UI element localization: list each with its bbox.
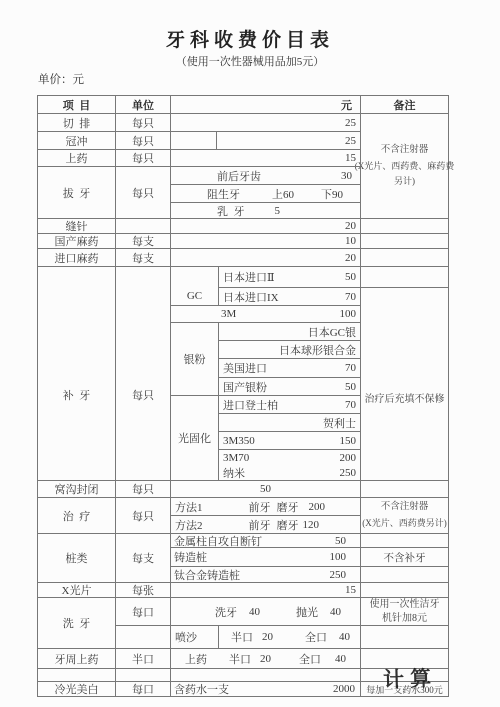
price: 50 [335, 535, 360, 547]
cell-buya-unit: 每只 [116, 267, 171, 481]
row-baya-qianhou: 前后牙齿 30 [171, 167, 361, 185]
cell-wogoufengbi-item: 窝沟封闭 [38, 481, 116, 498]
empty-unit-cell [116, 626, 171, 649]
empty-remark-cell [361, 267, 449, 288]
header-item: 项 目 [38, 96, 116, 114]
cell-buya-item: 补 牙 [38, 267, 116, 481]
cell-xiya-remark: 使用一次性洁牙 机针加8元 [361, 598, 449, 626]
label: 国产银粉 [223, 379, 267, 395]
cell-baya-item: 拔 牙 [38, 167, 116, 219]
cell-yazhoushangyao-unit: 半口 [116, 649, 171, 669]
row-zhuanglei-3: 钛合金铸造桩 250 [171, 567, 361, 583]
remark-line: 不含注射器 [381, 500, 429, 516]
label: 金属柱自攻自断钉 [174, 533, 262, 549]
row-gc-2: 日本进口IX 70 [219, 288, 361, 306]
row-lengguangmeibai: 含药水一支 2000 [171, 682, 361, 697]
cell-xguangpian-price: 15 [171, 583, 361, 598]
label: 日本进口IX [223, 289, 279, 305]
label: 喷沙 [175, 629, 197, 645]
label: 进口登士柏 [223, 397, 278, 413]
cell-zhuanglei-remark: 不含补牙 [361, 548, 449, 567]
price: 100 [340, 308, 361, 320]
label: 纳米 [223, 465, 245, 481]
price: 40 [339, 631, 350, 643]
cell-guochan-mayao-item: 国产麻药 [38, 234, 116, 249]
empty-remark-cell [361, 626, 449, 649]
cell-fengzhen-price: 20 [171, 219, 361, 234]
unit-note: 单价：元 [38, 71, 84, 87]
label: 3M [221, 308, 236, 320]
price: 150 [340, 435, 361, 447]
header-price-unit: 元 [171, 96, 361, 114]
label: 抛光 [296, 604, 318, 620]
label: 上药 [185, 651, 207, 667]
row-yinfen-3: 美国进口 70 [219, 359, 361, 378]
remark-line: 机针加8元 [382, 612, 427, 626]
row-zhiliao-m2: 方法2 前牙 磨牙 120 [171, 516, 361, 534]
cell-xiya-unit: 每口 [116, 598, 171, 626]
cell-xguangpian-item: X光片 [38, 583, 116, 598]
price: 30 [341, 170, 360, 182]
cell-jinkou-mayao-unit: 每支 [116, 249, 171, 267]
price: 2000 [333, 683, 360, 695]
remark-line: (X光片、西药费另计) [362, 516, 447, 531]
label: 铸造桩 [174, 549, 207, 565]
cell-guanchong-item: 冠冲 [38, 132, 116, 150]
row-yinfen-1: 日本GC银 [219, 323, 361, 341]
price: 5 [275, 205, 281, 217]
cell-guanchong-price: 25 [171, 132, 361, 150]
price: 70 [345, 291, 360, 303]
label: 钛合金铸造桩 [174, 567, 240, 583]
line-3m70: 3M70 200 [219, 450, 360, 465]
price: 50 [345, 271, 360, 283]
cell-zhiliao-item: 治 疗 [38, 498, 116, 534]
page-title: 牙科收费价目表 [0, 25, 500, 52]
molar-label: 磨牙 [277, 499, 299, 515]
empty-remark-cell [361, 249, 449, 267]
price: 120 [303, 519, 320, 531]
cell-zhiliao-remark: 不含注射器 (X光片、西药费另计) [361, 498, 449, 534]
molar-label: 磨牙 [277, 517, 299, 533]
label: 乳 牙 [217, 203, 245, 219]
page-subtitle: （使用一次性器械用品加5元） [0, 53, 500, 69]
cell-wogoufengbi-unit: 每只 [116, 481, 171, 498]
price: 40 [335, 653, 346, 665]
row-guangguhua-4-5: 3M70 200 纳米 250 [219, 450, 361, 481]
label: 日本进口Ⅱ [223, 269, 274, 285]
row-3m: 3M 100 [171, 306, 361, 323]
empty-remark-cell [361, 234, 449, 249]
empty-remark-cell [361, 219, 449, 234]
row-guangguhua-2: 贺利士 [219, 414, 361, 432]
remark-line: 治疗后充填不保修 [365, 392, 445, 409]
cell-guochan-mayao-price: 10 [171, 234, 361, 249]
label: 3M350 [223, 435, 255, 447]
row-yinfen-2: 日本球形银合金 [219, 341, 361, 359]
empty-remark-cell [361, 583, 449, 598]
price: 70 [345, 362, 360, 374]
row-yinfen-4: 国产银粉 50 [219, 378, 361, 396]
price: 20 [262, 631, 273, 643]
row-gc-1: 日本进口Ⅱ 50 [219, 267, 361, 288]
cell-qiepai-unit: 每只 [116, 114, 171, 132]
cell-wogoufengbi-price: 50 [171, 481, 361, 498]
price: 70 [345, 399, 360, 411]
row-yazhoushangyao-values: 上药 半口 20 全口 40 [171, 649, 361, 669]
cell-xguangpian-unit: 每张 [116, 583, 171, 598]
cell-lengguangmeibai-item: 冷光美白 [38, 682, 116, 697]
row-baya-ruya: 乳 牙 5 [171, 203, 361, 219]
cell-fengzhen-unit [116, 219, 171, 234]
cell-yazhoushangyao-item: 牙周上药 [38, 649, 116, 669]
cell-guanchong-unit: 每只 [116, 132, 171, 150]
price: 250 [330, 569, 361, 581]
label: 半口 [229, 651, 251, 667]
price: 250 [340, 467, 361, 479]
cell-pensha-label: 喷沙 [171, 626, 219, 649]
front-label: 前牙 [249, 517, 271, 533]
label: 全口 [299, 651, 321, 667]
cell-guangguhua-label: 光固化 [171, 396, 219, 481]
price: 40 [249, 606, 260, 618]
remark-line: (X光片、西药费、麻药费 [355, 159, 455, 174]
cell-lengguangmeibai-unit: 每口 [116, 682, 171, 697]
remark-line: 使用一次性洁牙 [370, 598, 440, 612]
empty-remark-cell [361, 481, 449, 498]
price-table: 项 目 单位 元 备注 切 排 每只 25 不含注射器 (X光片、西药费、麻药费… [37, 95, 449, 697]
upper-price: 上60 [272, 186, 294, 202]
cell-zhuanglei-unit: 每支 [116, 534, 171, 583]
price: 20 [260, 653, 271, 665]
lower-price: 下90 [321, 186, 343, 202]
empty-remark-cell [361, 534, 449, 548]
cell-shangyao-item: 上药 [38, 150, 116, 167]
cell-zhiliao-unit: 每只 [116, 498, 171, 534]
label: 半口 [231, 629, 253, 645]
label: 3M70 [223, 452, 249, 464]
cell-xiya-item: 洗 牙 [38, 598, 116, 649]
remark-line: 不含注射器 [381, 143, 429, 159]
cell-buya-remark: 治疗后充填不保修 [361, 288, 449, 481]
scanned-price-list-page: 牙科收费价目表 （使用一次性器械用品加5元） 单价：元 项 目 单位 元 备注 … [0, 0, 500, 707]
cell-baya-unit: 每只 [116, 167, 171, 219]
cell-qiepai-price: 25 [171, 114, 361, 132]
label: 全口 [305, 629, 327, 645]
label: 方法1 [175, 499, 203, 515]
cell-gc-label: GC [171, 267, 219, 306]
label: 前后牙齿 [217, 168, 261, 184]
cell-shangyao-price: 15 [171, 150, 361, 167]
cell-fengzhen-item: 缝针 [38, 219, 116, 234]
cell-zhuanglei-item: 桩类 [38, 534, 116, 583]
cell-jinkou-mayao-price: 20 [171, 249, 361, 267]
row-zhuanglei-1: 金属柱自攻自断钉 50 [171, 534, 361, 548]
price: 200 [340, 452, 361, 464]
price: 200 [309, 501, 326, 513]
jisuan-watermark: 计算 [383, 662, 438, 693]
stray-scan-line [216, 132, 217, 150]
row-zhuanglei-2: 铸造桩 100 [171, 548, 361, 567]
empty-remark-cell [361, 567, 449, 583]
front-label: 前牙 [249, 499, 271, 515]
line-nami: 纳米 250 [219, 465, 360, 480]
cell-yinfen-label: 银粉 [171, 323, 219, 396]
label: 含药水一支 [174, 681, 229, 697]
label: 方法2 [175, 517, 203, 533]
cell-jinkou-mayao-item: 进口麻药 [38, 249, 116, 267]
header-unit: 单位 [116, 96, 171, 114]
cell-qiepai-item: 切 排 [38, 114, 116, 132]
row-guangguhua-1: 进口登士柏 70 [219, 396, 361, 414]
cell-baya-remark: 不含注射器 (X光片、西药费、麻药费 另计) [361, 114, 449, 219]
cell-guochan-mayao-unit: 每支 [116, 234, 171, 249]
label: 阻生牙 [207, 186, 240, 202]
cell-shangyao-unit: 每只 [116, 150, 171, 167]
row-baya-zusheng: 阻生牙 上60 下90 [171, 185, 361, 203]
remark-line: 另计) [394, 174, 415, 189]
row-pensha-values: 半口 20 全口 40 [219, 626, 361, 649]
price: 50 [345, 381, 360, 393]
label: 美国进口 [223, 360, 267, 376]
row-xiya-1: 洗牙 40 抛光 40 [171, 598, 361, 626]
price: 40 [330, 606, 341, 618]
price: 100 [330, 551, 361, 563]
label: 洗牙 [215, 604, 237, 620]
row-zhiliao-m1: 方法1 前牙 磨牙 200 [171, 498, 361, 516]
row-guangguhua-3: 3M350 150 [219, 432, 361, 450]
header-remark: 备注 [361, 96, 449, 114]
